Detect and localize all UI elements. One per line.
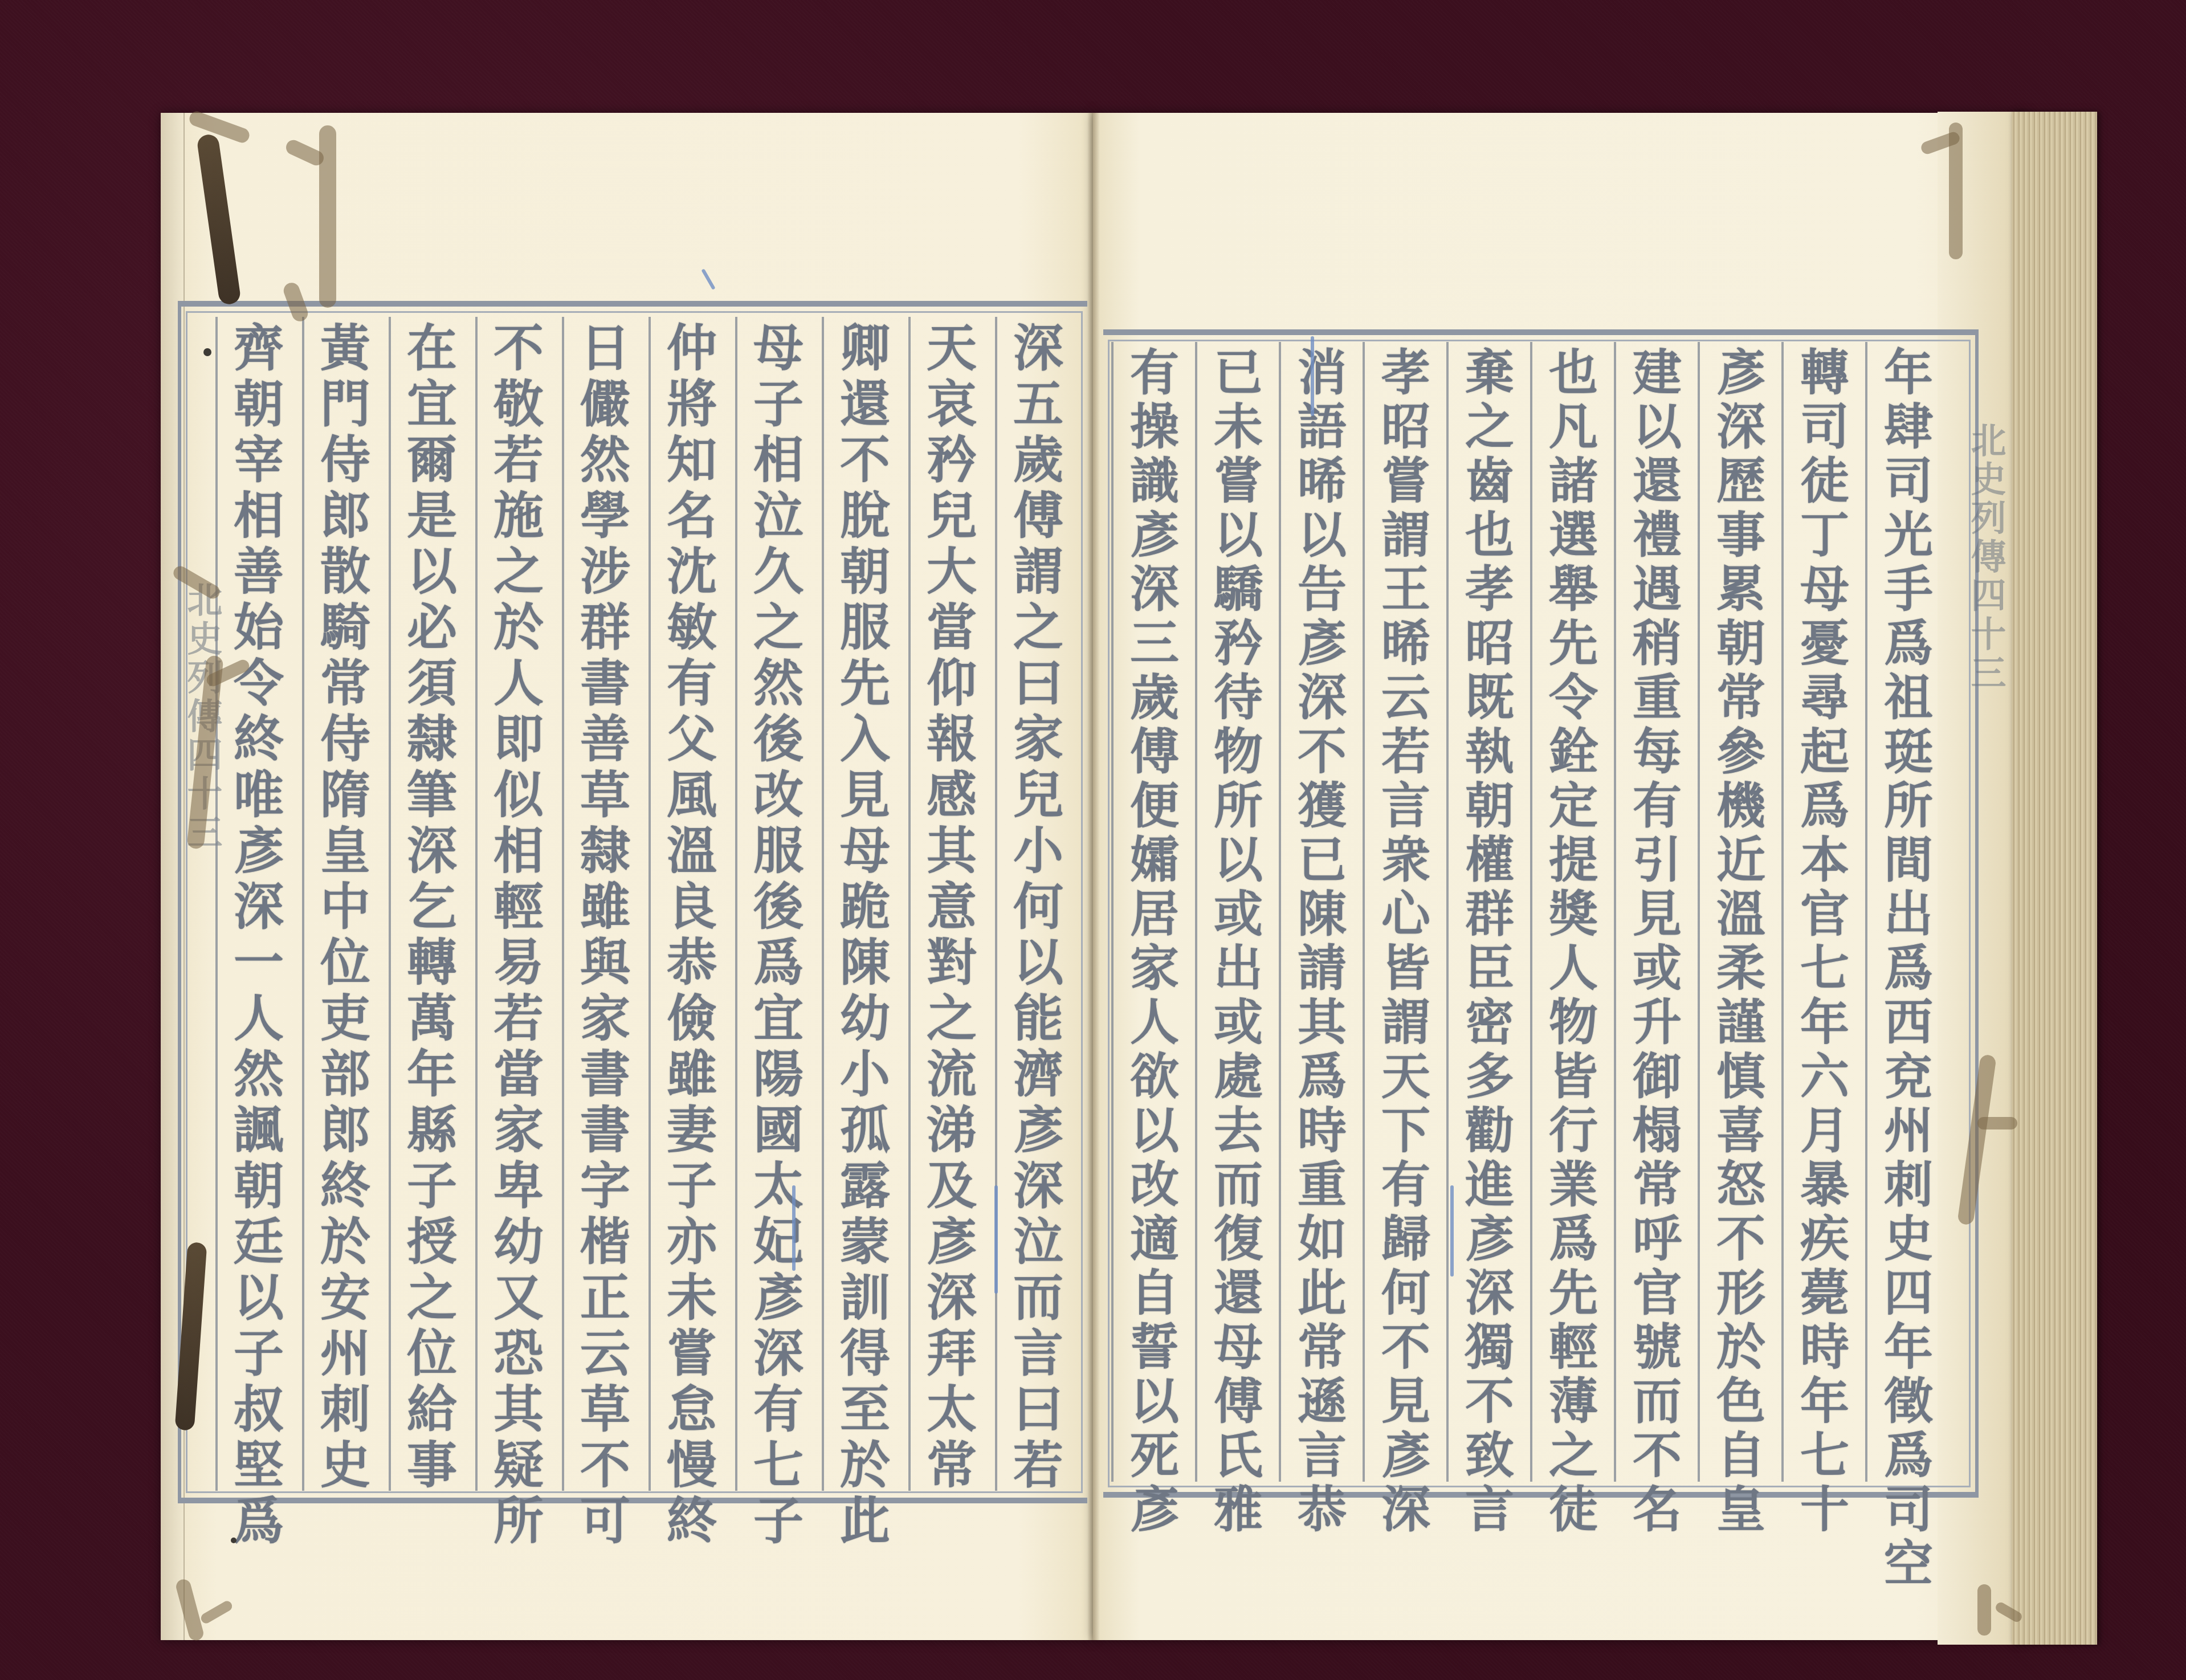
- block-center-label-right: 北史列傳四十三: [1960, 422, 2011, 693]
- page-stack-edge: [2012, 112, 2097, 1645]
- center-gutter: [1087, 113, 1100, 1640]
- text-column: 仲將知名沈敏有父風溫良恭儉雖妻子亦未嘗怠慢終: [649, 317, 735, 1491]
- text-column: 卿還不脫朝服先入見母跪陳幼小孤露蒙訓得至於此: [822, 317, 908, 1491]
- ink-speck: [231, 1538, 236, 1543]
- text-column: 不敬若施之於人即似相輕易若當家卑幼又恐其疑所: [475, 317, 562, 1491]
- column-text: 有操識彥深三歲傅便孀居家人欲以改適自誓以死彥: [1110, 346, 1190, 1538]
- column-text: 齊朝宰相善始令終唯彥深一人然諷朝廷以子叔堅爲: [213, 321, 297, 1550]
- column-text: 棄之齒也孝昭既執朝權群臣密多勸進彥深獨不致言: [1445, 346, 1526, 1538]
- column-text: 深五歲傅謂之曰家兒小何以能濟彥深泣而言曰若: [993, 321, 1077, 1494]
- text-column: 日儼然學涉群書善草隸雖與家書書字楷正云草不可: [562, 317, 649, 1491]
- column-text: 年肆司光手爲祖珽所間出爲西兗州刺史四年徵爲司空: [1863, 346, 1944, 1592]
- column-text: 仲將知名沈敏有父風溫良恭儉雖妻子亦未嘗怠慢終: [646, 321, 731, 1550]
- blue-annotation-mark: [792, 1185, 796, 1271]
- blue-annotation-mark: [994, 1185, 998, 1294]
- text-column: 轉司徒丁母憂尋起爲本官七年六月暴疾薨時年七十: [1781, 342, 1865, 1482]
- column-text: 卿還不脫朝服先入見母跪陳幼小孤露蒙訓得至於此: [819, 321, 904, 1550]
- column-text: 轉司徒丁母憂尋起爲本官七年六月暴疾薨時年七十: [1780, 346, 1861, 1538]
- text-column: 天哀矜兒大當仰報感其意對之流涕及彥深拜太常: [908, 317, 995, 1491]
- text-column: 有操識彥深三歲傅便孀居家人欲以改適自誓以死彥: [1111, 342, 1195, 1482]
- text-column: 孝昭嘗謂王晞云若言衆心皆謂天下有歸何不見彥深: [1363, 342, 1446, 1482]
- column-text: 也凡諸選舉先令銓定提獎人物皆行業爲先輕薄之徒: [1528, 346, 1609, 1538]
- column-text: 已未嘗以驕矜待物所以或出或處去而復還母傅氏雅: [1193, 346, 1274, 1538]
- wormhole-damage: [1977, 1584, 1991, 1636]
- text-column: 深五歲傅謂之曰家兒小何以能濟彥深泣而言曰若: [995, 317, 1082, 1491]
- column-text: 不敬若施之於人即似相輕易若當家卑幼又恐其疑所: [473, 321, 557, 1550]
- text-column: 建以還禮遇稍重每有引見或升御榻常呼官號而不名: [1614, 342, 1698, 1482]
- text-column: 母子相泣久之然後改服後爲宜陽國太妃彥深有七子: [735, 317, 822, 1491]
- text-column: 也凡諸選舉先令銓定提獎人物皆行業爲先輕薄之徒: [1530, 342, 1614, 1482]
- column-text: 彥深歷事累朝常參機近溫柔謹慎喜怒不形於色自皇: [1696, 346, 1777, 1538]
- column-text: 天哀矜兒大當仰報感其意對之流涕及彥深拜太常: [906, 321, 990, 1494]
- blue-annotation-mark: [1450, 1185, 1454, 1277]
- left-page-text: 深五歲傅謂之曰家兒小何以能濟彥深泣而言曰若 天哀矜兒大當仰報感其意對之流涕及彥深…: [215, 317, 1082, 1491]
- text-column: 消語晞以告彥深不獲已陳請其爲時重如此常遜言恭: [1279, 342, 1363, 1482]
- text-column: 棄之齒也孝昭既執朝權群臣密多勸進彥深獨不致言: [1446, 342, 1530, 1482]
- column-text: 母子相泣久之然後改服後爲宜陽國太妃彥深有七子: [733, 321, 817, 1550]
- blue-annotation-mark: [1311, 336, 1314, 416]
- column-text: 孝昭嘗謂王晞云若言衆心皆謂天下有歸何不見彥深: [1361, 346, 1442, 1538]
- column-text: 消語晞以告彥深不獲已陳請其爲時重如此常遜言恭: [1277, 346, 1358, 1538]
- column-text: 建以還禮遇稍重每有引見或升御榻常呼官號而不名: [1612, 346, 1693, 1538]
- text-column: 已未嘗以驕矜待物所以或出或處去而復還母傅氏雅: [1195, 342, 1279, 1482]
- text-column: 黃門侍郎散騎常侍隋皇中位吏部郎終於安州刺史: [302, 317, 389, 1491]
- text-column: 彥深歷事累朝常參機近溫柔謹慎喜怒不形於色自皇: [1698, 342, 1781, 1482]
- column-text: 黃門侍郎散騎常侍隋皇中位吏部郎終於安州刺史: [300, 321, 384, 1494]
- text-column: 在宜爾是以必須隸筆深乞轉萬年縣子授之位給事: [389, 317, 475, 1491]
- right-page-text: 年肆司光手爲祖珽所間出爲西兗州刺史四年徵爲司空 轉司徒丁母憂尋起爲本官七年六月暴…: [1111, 342, 1949, 1482]
- column-text: 在宜爾是以必須隸筆深乞轉萬年縣子授之位給事: [386, 321, 471, 1494]
- column-text: 日儼然學涉群書善草隸雖與家書書字楷正云草不可: [560, 321, 644, 1550]
- text-column: 齊朝宰相善始令終唯彥深一人然諷朝廷以子叔堅爲: [215, 317, 302, 1491]
- text-column: 年肆司光手爲祖珽所間出爲西兗州刺史四年徵爲司空: [1865, 342, 1949, 1482]
- wormhole-damage: [1977, 1117, 2017, 1129]
- ink-speck: [203, 348, 211, 356]
